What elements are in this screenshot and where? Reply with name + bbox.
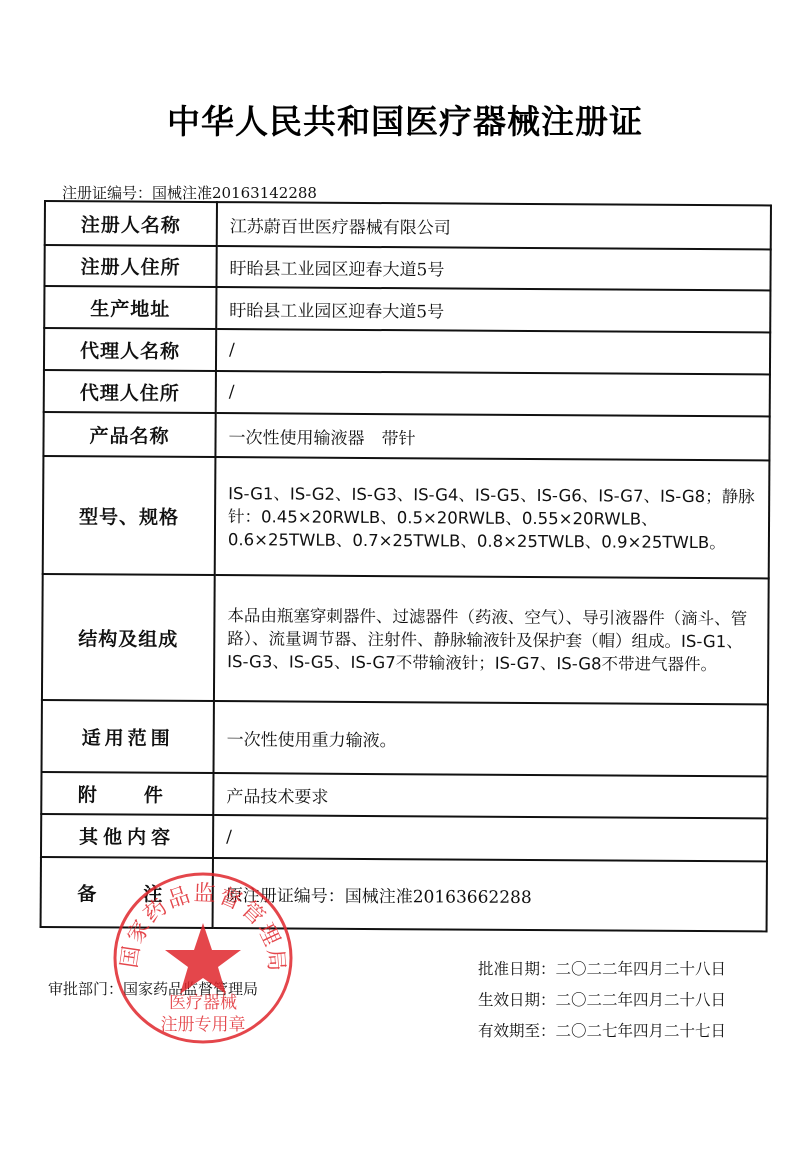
value-model-spec: IS-G1、IS-G2、IS-G3、IS-G4、IS-G5、IS-G6、IS-G…: [215, 457, 770, 578]
label-agent-name: 代理人名称: [44, 328, 216, 371]
value-scope: 一次性使用重力输液。: [214, 701, 768, 776]
label-remarks: 备 注: [41, 857, 213, 928]
approval-date: 批准日期：二〇二二年四月二十八日: [478, 958, 726, 989]
value-attachment: 产品技术要求: [213, 773, 767, 818]
row-attachment: 附 件 产品技术要求: [41, 772, 767, 818]
value-product-name: 一次性使用输液器 带针: [215, 413, 769, 460]
effective-date: 生效日期：二〇二二年四月二十八日: [478, 989, 726, 1020]
row-other: 其他内容 /: [41, 814, 767, 861]
value-production-address: 盱眙县工业园区迎春大道5号: [216, 287, 770, 332]
row-agent-address: 代理人住所 /: [44, 370, 770, 416]
row-production-address: 生产地址 盱眙县工业园区迎春大道5号: [44, 286, 770, 332]
value-structure: 本品由瓶塞穿刺器件、过滤器件（药液、空气）、导引液器件（滴斗、管路）、流量调节器…: [214, 575, 769, 704]
value-registrant-name: 江苏蔚百世医疗器械有限公司: [217, 202, 771, 249]
row-registrant-address: 注册人住所 盱眙县工业园区迎春大道5号: [44, 245, 770, 290]
row-scope: 适用范围 一次性使用重力输液。: [42, 700, 768, 776]
label-production-address: 生产地址: [44, 286, 216, 329]
document-title: 中华人民共和国医疗器械注册证: [0, 96, 810, 143]
label-other: 其他内容: [41, 814, 213, 858]
label-attachment: 附 件: [41, 772, 213, 815]
valid-until-date: 有效期至：二〇二七年四月二十七日: [478, 1020, 726, 1051]
row-remarks: 备 注 原注册证编号：国械注准20163662288: [41, 857, 767, 931]
value-agent-address: /: [216, 371, 770, 416]
label-product-name: 产品名称: [43, 412, 215, 457]
value-other: /: [213, 815, 767, 861]
label-agent-address: 代理人住所: [44, 370, 216, 413]
value-remarks: 原注册证编号：国械注准20163662288: [213, 858, 767, 931]
seal-inner-text-2: 注册专用章: [161, 1014, 246, 1035]
label-structure: 结构及组成: [42, 574, 215, 701]
row-product-name: 产品名称 一次性使用输液器 带针: [43, 412, 769, 460]
label-model-spec: 型号、规格: [43, 456, 216, 575]
row-model-spec: 型号、规格 IS-G1、IS-G2、IS-G3、IS-G4、IS-G5、IS-G…: [43, 456, 770, 578]
row-agent-name: 代理人名称 /: [44, 328, 770, 374]
row-structure: 结构及组成 本品由瓶塞穿刺器件、过滤器件（药液、空气）、导引液器件（滴斗、管路）…: [42, 574, 769, 704]
value-agent-name: /: [216, 329, 770, 374]
label-registrant-name: 注册人名称: [45, 201, 217, 246]
label-registrant-address: 注册人住所: [44, 245, 216, 287]
approval-department: 审批部门：国家药品监督管理局: [48, 978, 258, 999]
dates-block: 批准日期：二〇二二年四月二十八日 生效日期：二〇二二年四月二十八日 有效期至：二…: [478, 958, 726, 1051]
value-registrant-address: 盱眙县工业园区迎春大道5号: [216, 246, 770, 290]
row-registrant-name: 注册人名称 江苏蔚百世医疗器械有限公司: [45, 201, 771, 249]
certificate-table: 注册人名称 江苏蔚百世医疗器械有限公司 注册人住所 盱眙县工业园区迎春大道5号 …: [40, 200, 772, 932]
label-scope: 适用范围: [42, 700, 214, 773]
